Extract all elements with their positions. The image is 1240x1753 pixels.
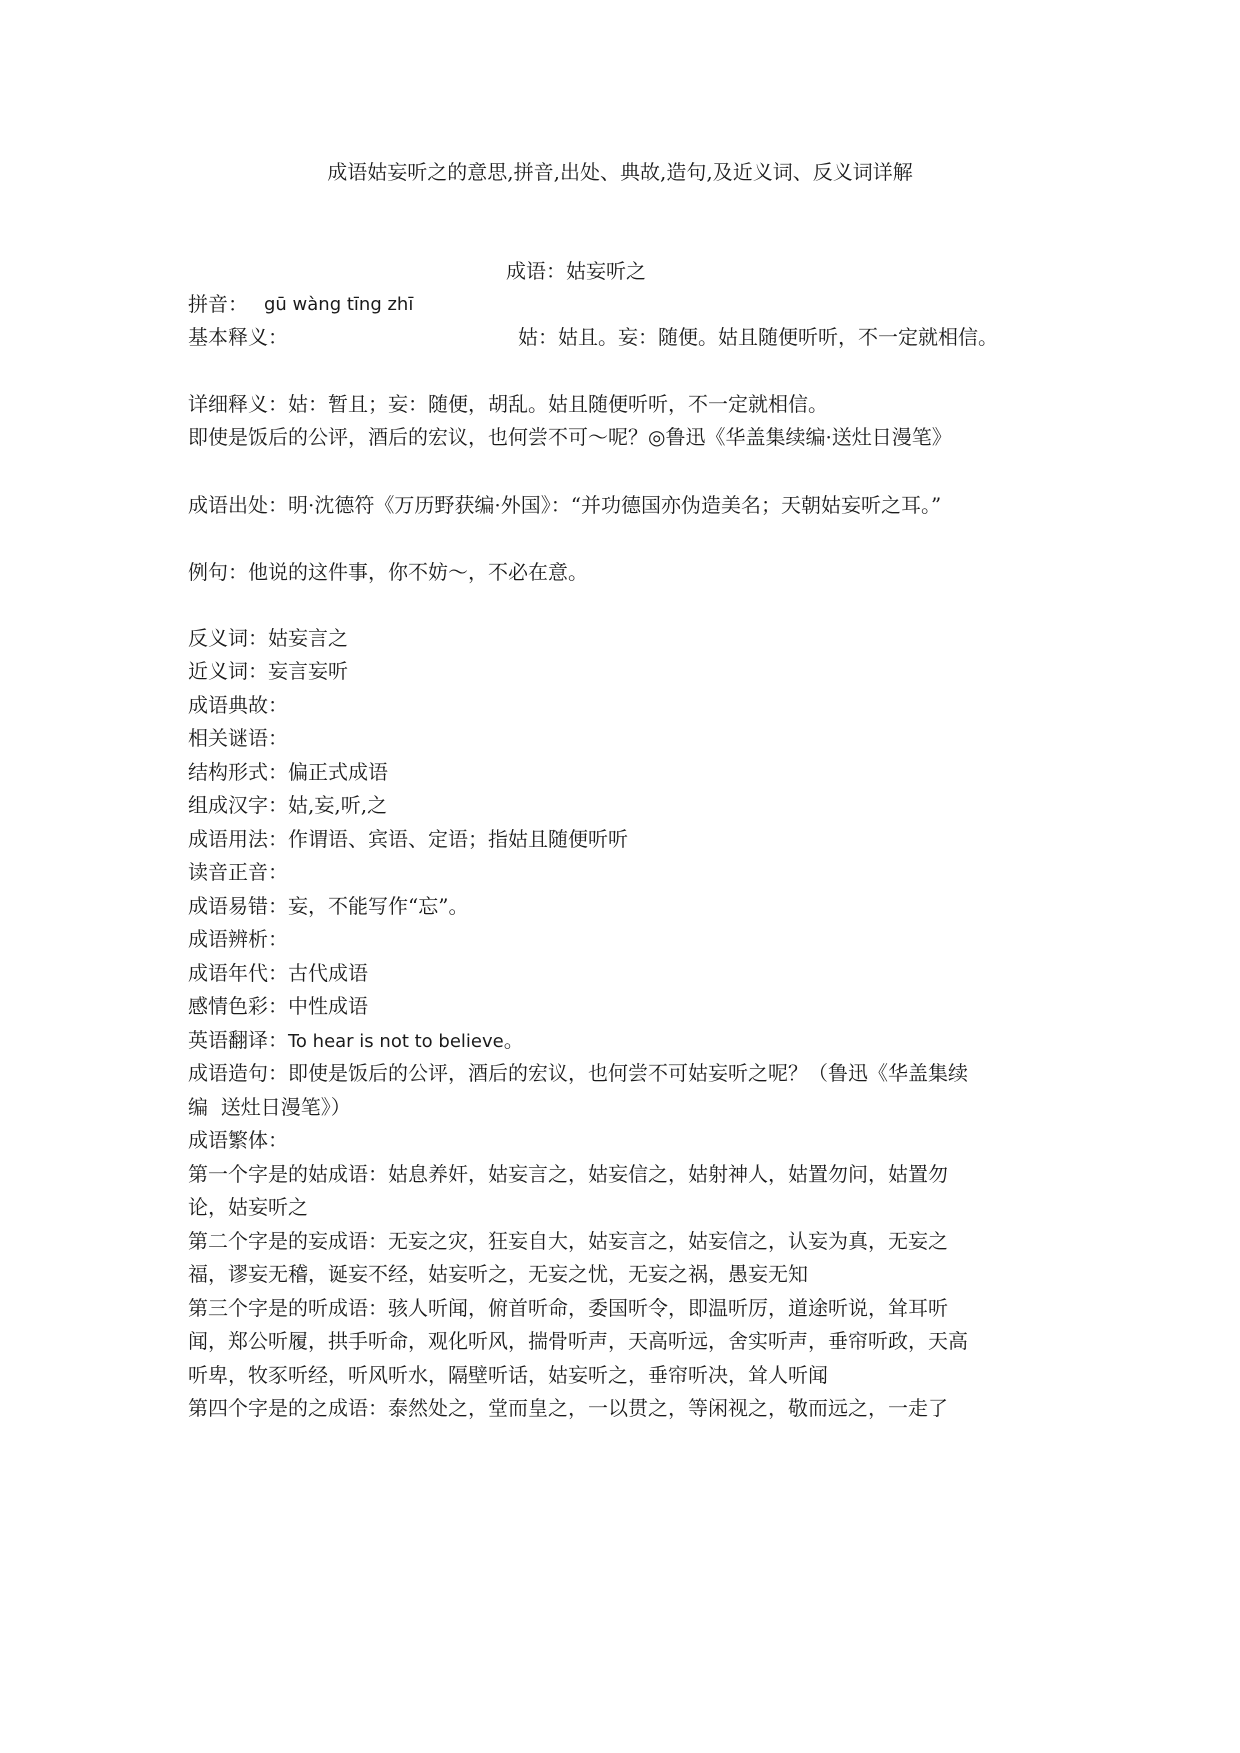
related-second-line-1: 第二个字是的妄成语：无妄之灾，狂妄自大，姑妄言之，姑妄信之，认妄为真，无妄之 — [188, 1225, 1054, 1259]
field-synonym: 近义词：妄言妄听 — [188, 655, 1054, 689]
pinyin-value: gū wàng tīng zhī — [264, 288, 413, 322]
field-era: 成语年代：古代成语 — [188, 957, 1054, 991]
related-first-line-2: 论，姑妄听之 — [188, 1191, 1054, 1225]
field-sentiment: 感情色彩：中性成语 — [188, 990, 1054, 1024]
field-value: 姑,妄,听,之 — [288, 793, 387, 817]
idiom-heading: 成语：姑妄听之 — [0, 255, 1152, 287]
pinyin-row: 拼音： gū wàng tīng zhī — [188, 288, 1054, 322]
english-value: To hear is not to believe — [288, 1031, 504, 1052]
sentence-line-2: 编 送灶日漫笔》） — [188, 1091, 1054, 1125]
field-value: 妄言妄听 — [268, 659, 348, 683]
field-value: 古代成语 — [288, 961, 368, 985]
example-line: 例句：他说的这件事，你不妨～，不必在意。 — [188, 556, 1054, 590]
field-characters: 组成汉字：姑,妄,听,之 — [188, 789, 1054, 823]
english-label: 英语翻译： — [188, 1028, 288, 1052]
field-label: 近义词： — [188, 659, 268, 683]
traditional-row: 成语繁体： — [188, 1124, 1054, 1158]
related-third-line-2: 闻，郑公听履，拱手听命，观化听风，揣骨听声，天高听远，舍实听声，垂帘听政，天高 — [188, 1325, 1054, 1359]
field-label: 成语易错： — [188, 894, 288, 918]
field-pronunciation: 读音正音： — [188, 856, 1054, 890]
field-analysis: 成语辨析： — [188, 923, 1054, 957]
field-label: 成语用法： — [188, 827, 288, 851]
field-label: 成语年代： — [188, 961, 288, 985]
detailed-meaning-line-1: 详细释义：姑：暂且；妄：随便，胡乱。姑且随便听听，不一定就相信。 — [188, 388, 1054, 422]
field-value: 中性成语 — [288, 994, 368, 1018]
document-page: 成语姑妄听之的意思,拼音,出处、典故,造句,及近义词、反义词详解 成语：姑妄听之… — [0, 0, 1240, 1753]
pinyin-label: 拼音： — [188, 292, 248, 316]
detailed-meaning-line-2: 即使是饭后的公评，酒后的宏议，也何尝不可～呢？◎鲁迅《华盖集续编·送灶日漫笔》 — [188, 421, 1054, 455]
field-antonym: 反义词：姑妄言之 — [188, 622, 1054, 656]
field-label: 组成汉字： — [188, 793, 288, 817]
related-fourth-line-1: 第四个字是的之成语：泰然处之，堂而皇之，一以贯之，等闲视之，敬而远之，一走了 — [188, 1392, 1054, 1426]
related-first-line-1: 第一个字是的姑成语：姑息养奸，姑妄言之，姑妄信之，姑射神人，姑置勿问，姑置勿 — [188, 1158, 1054, 1192]
field-value: 偏正式成语 — [288, 760, 388, 784]
origin-line: 成语出处：明·沈德符《万历野获编·外国》：“并功德国亦伪造美名；天朝姑妄听之耳。… — [188, 489, 1054, 523]
field-common-error: 成语易错：妄，不能写作“忘”。 — [188, 890, 1054, 924]
related-third-line-3: 听卑，牧豕听经，听风听水，隔壁听话，姑妄听之，垂帘听决，耸人听闻 — [188, 1359, 1054, 1393]
english-suffix: 。 — [504, 1028, 524, 1052]
field-label: 感情色彩： — [188, 994, 288, 1018]
field-riddle: 相关谜语： — [188, 722, 1054, 756]
basic-meaning-label: 基本释义： — [188, 325, 288, 349]
field-usage: 成语用法：作谓语、宾语、定语；指姑且随便听听 — [188, 823, 1054, 857]
field-label: 结构形式： — [188, 760, 288, 784]
field-value: 姑妄言之 — [268, 626, 348, 650]
field-value: 妄，不能写作“忘”。 — [288, 894, 468, 918]
field-label: 相关谜语： — [188, 726, 288, 750]
english-translation-row: 英语翻译：To hear is not to believe。 — [188, 1024, 1054, 1059]
field-value: 作谓语、宾语、定语；指姑且随便听听 — [288, 827, 628, 851]
field-allusion: 成语典故： — [188, 689, 1054, 723]
field-label: 读音正音： — [188, 860, 288, 884]
field-label: 成语典故： — [188, 693, 288, 717]
field-label: 反义词： — [188, 626, 268, 650]
basic-meaning-value: 姑：姑且。妄：随便。姑且随便听听，不一定就相信。 — [518, 321, 998, 355]
field-structure: 结构形式：偏正式成语 — [188, 756, 1054, 790]
document-title: 成语姑妄听之的意思,拼音,出处、典故,造句,及近义词、反义词详解 — [0, 156, 1240, 188]
field-label: 成语辨析： — [188, 927, 288, 951]
related-third-line-1: 第三个字是的听成语：骇人听闻，俯首听命，委国听令，即温听厉，道途听说，耸耳听 — [188, 1292, 1054, 1326]
related-second-line-2: 福，谬妄无稽，诞妄不经，姑妄听之，无妄之忧，无妄之祸，愚妄无知 — [188, 1258, 1054, 1292]
basic-meaning-row: 基本释义： 姑：姑且。妄：随便。姑且随便听听，不一定就相信。 — [188, 321, 1054, 355]
traditional-label: 成语繁体： — [188, 1128, 288, 1152]
sentence-line-1: 成语造句：即使是饭后的公评，酒后的宏议，也何尝不可姑妄听之呢？（鲁迅《华盖集续 — [188, 1057, 1054, 1091]
